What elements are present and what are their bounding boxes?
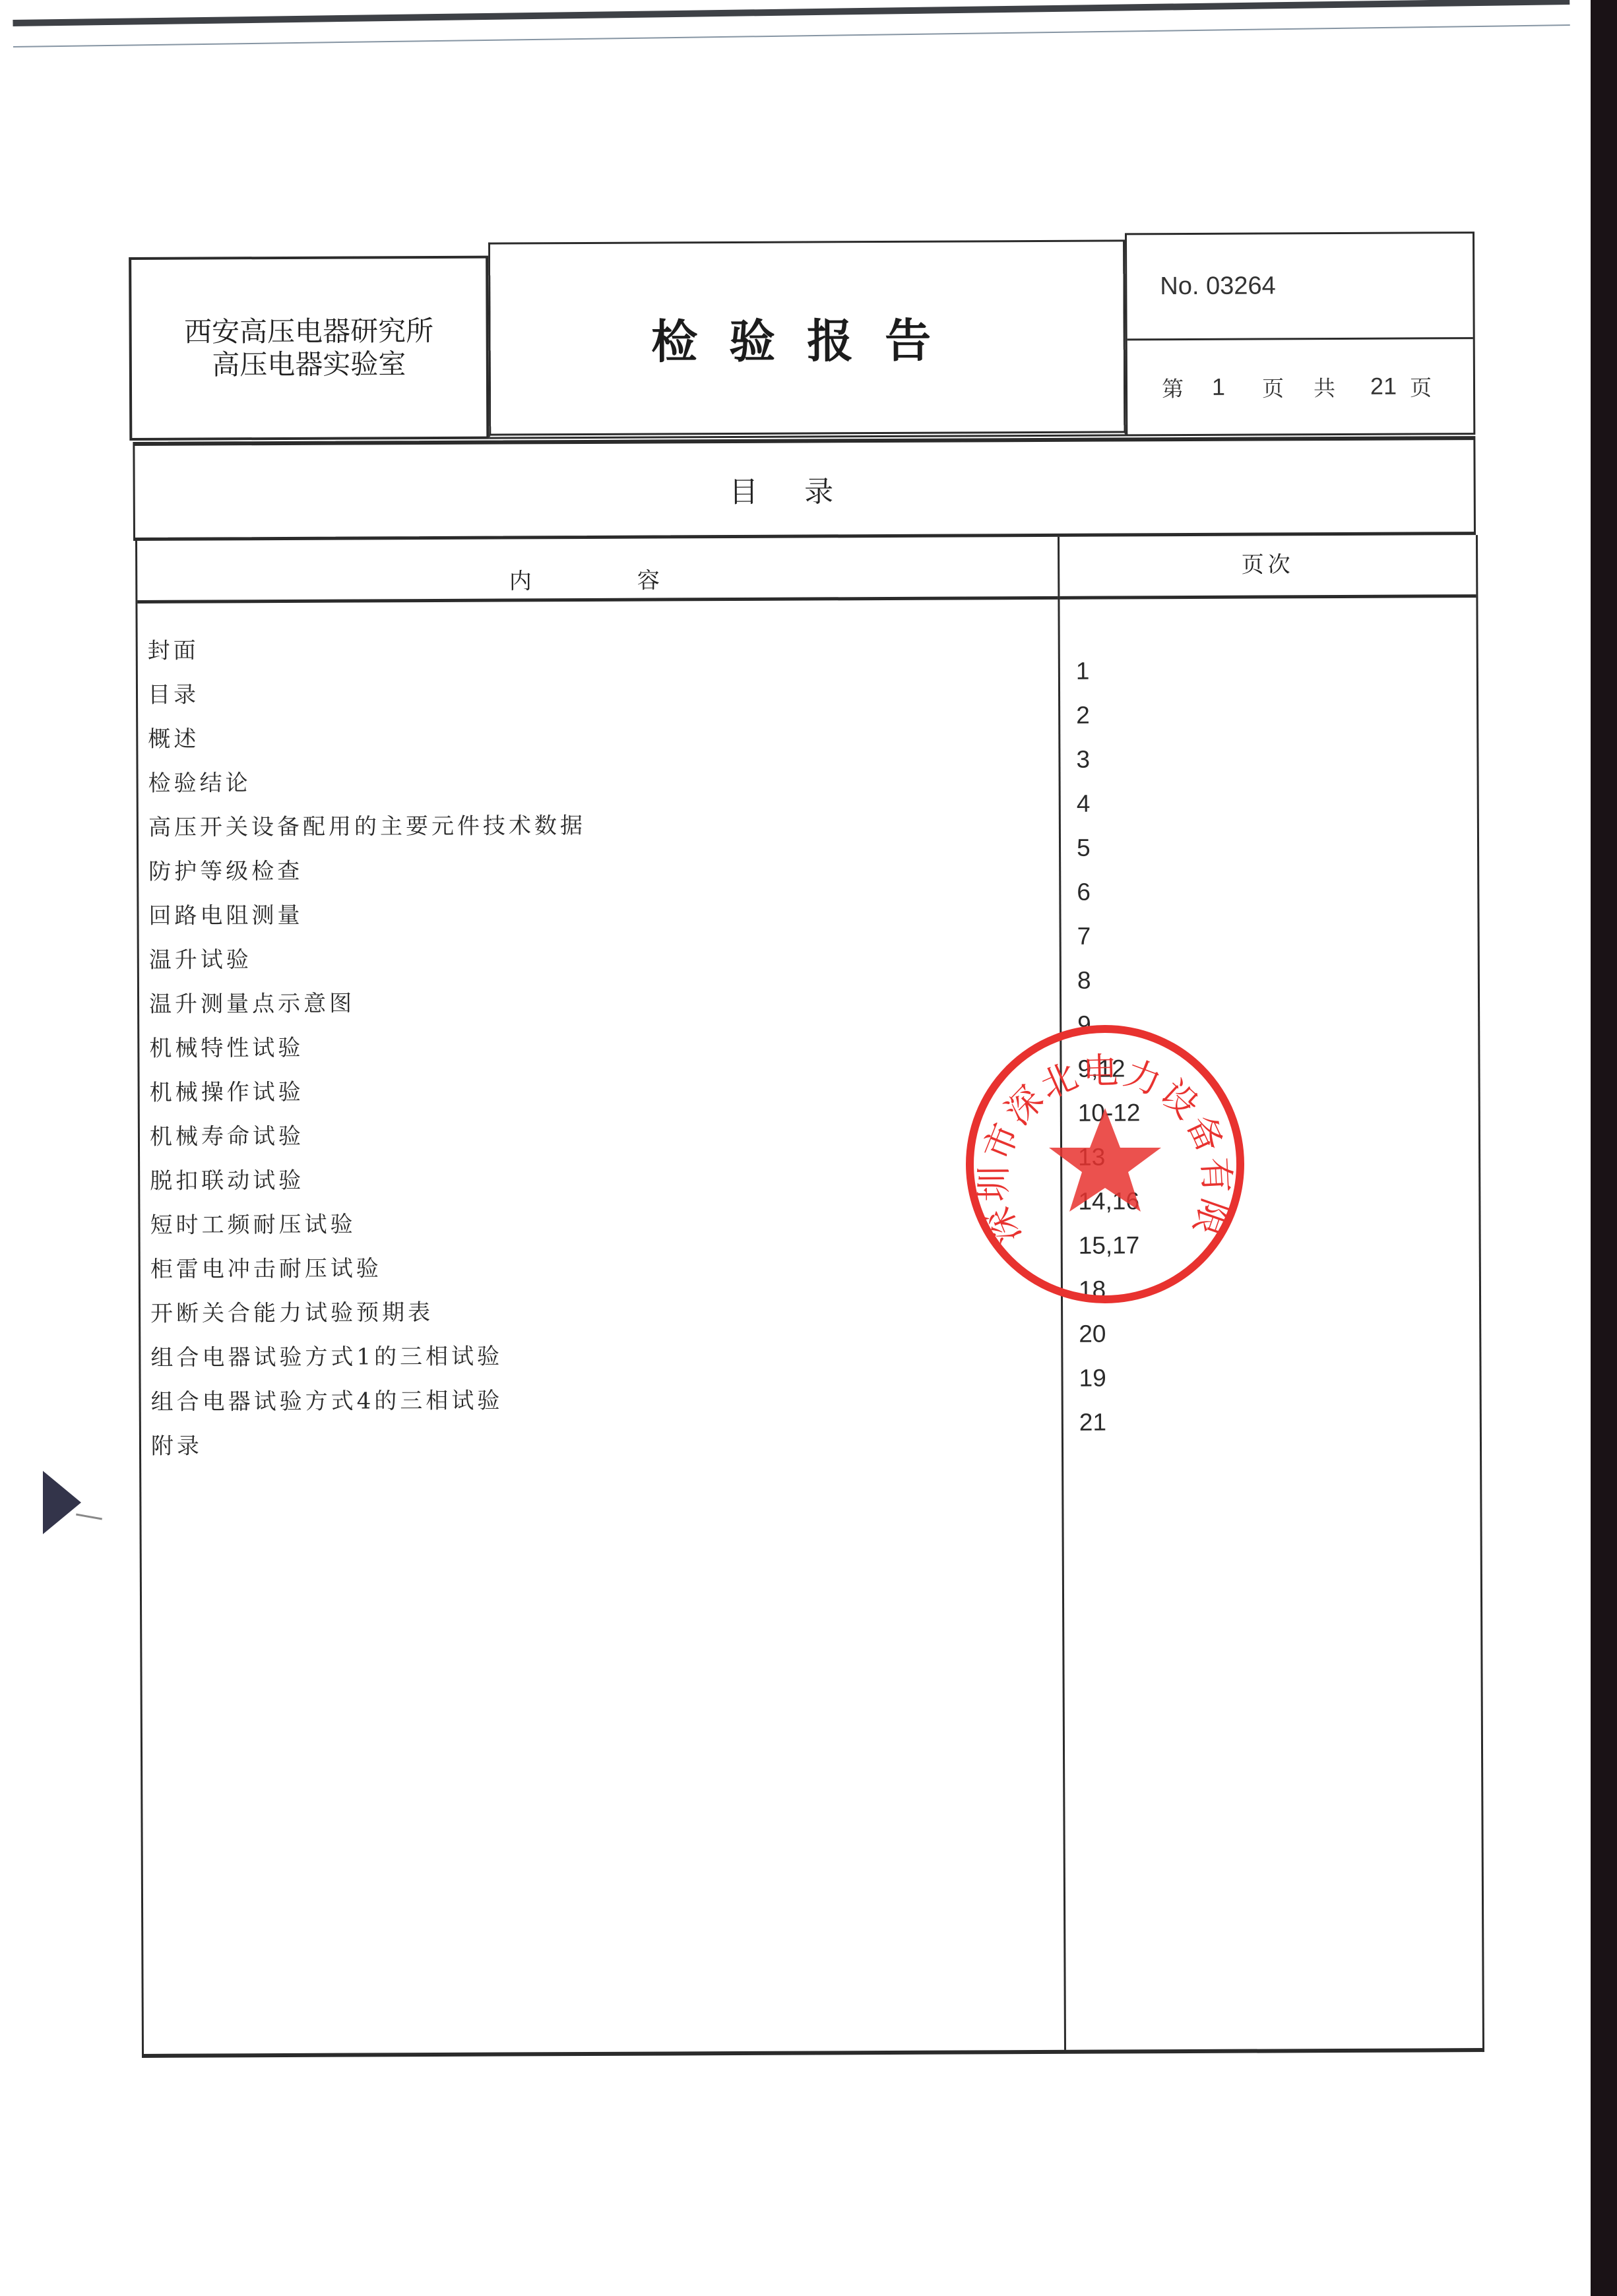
- toc-entry: 回路电阻测量: [148, 888, 1052, 936]
- binding-hole-mark: [43, 1471, 81, 1534]
- toc-page-number: 4: [1077, 780, 1446, 825]
- toc-page-number: 13: [1078, 1133, 1447, 1179]
- toc-entry: 附录: [151, 1418, 1055, 1466]
- toc-entry: 检验结论: [148, 755, 1052, 803]
- toc-page-number: 8: [1077, 956, 1447, 1002]
- toc-page-number: 21: [1079, 1398, 1449, 1444]
- total-pages-number: 21: [1370, 373, 1410, 400]
- report-header: 西安高压电器研究所 高压电器实验室 检验报告 No. 03264 第 1 页 共…: [129, 232, 1475, 442]
- toc-entry: 短时工频耐压试验: [150, 1197, 1054, 1245]
- organization-box: 西安高压电器研究所 高压电器实验室: [129, 256, 489, 441]
- toc-table: 内容 页次 封面目录概述检验结论高压开关设备配用的主要元件技术数据防护等级检查回…: [135, 535, 1484, 2058]
- toc-entry: 机械寿命试验: [150, 1109, 1054, 1157]
- column-divider: [1058, 537, 1066, 2050]
- column-header-content: 内容: [137, 537, 1058, 604]
- report-title: 检验报告: [488, 239, 1126, 439]
- toc-entry: 目录: [148, 667, 1052, 715]
- toc-page-number: 9: [1077, 1001, 1447, 1046]
- toc-entry: 防护等级检查: [148, 844, 1052, 892]
- report-number: No. 03264: [1127, 233, 1473, 340]
- report-page: 西安高压电器研究所 高压电器实验室 检验报告 No. 03264 第 1 页 共…: [129, 232, 1482, 2058]
- toc-page-number: 6: [1077, 868, 1446, 914]
- total-unit-label: 页: [1410, 371, 1432, 402]
- toc-page-number: 18: [1079, 1266, 1448, 1311]
- toc-entry: 温升试验: [149, 932, 1053, 980]
- scan-right-edge: [1591, 0, 1617, 2296]
- toc-page-number: 15,17: [1079, 1222, 1448, 1267]
- toc-entry: 机械操作试验: [149, 1065, 1053, 1113]
- toc-page-number: 5: [1077, 824, 1446, 869]
- toc-page-number: 10-12: [1078, 1089, 1447, 1134]
- toc-entry: 机械特性试验: [149, 1020, 1053, 1069]
- organization-name: 西安高压电器研究所: [184, 315, 433, 349]
- toc-entry: 封面: [148, 623, 1052, 671]
- toc-entry: 脱扣联动试验: [150, 1153, 1054, 1201]
- report-meta-box: No. 03264 第 1 页 共 21 页: [1125, 232, 1475, 436]
- toc-entries: 封面目录概述检验结论高压开关设备配用的主要元件技术数据防护等级检查回路电阻测量温…: [148, 623, 1056, 1466]
- laboratory-name: 高压电器实验室: [212, 348, 406, 381]
- toc-page-number: 9,12: [1077, 1045, 1447, 1090]
- toc-entry: 概述: [148, 711, 1052, 759]
- toc-entry: 柜雷电冲击耐压试验: [150, 1241, 1054, 1289]
- page-label: 第: [1162, 371, 1212, 402]
- column-header-page: 页次: [1060, 535, 1476, 600]
- toc-page-number: 7: [1077, 912, 1446, 958]
- toc-entry: 温升测量点示意图: [149, 976, 1053, 1024]
- scan-top-edge: [13, 0, 1569, 47]
- toc-page-number: 14,16: [1078, 1177, 1447, 1223]
- toc-entry: 组合电器试验方式4的三相试验: [151, 1374, 1055, 1422]
- toc-page-numbers: 1234567899,1210-121314,1615,1718201921: [1076, 647, 1449, 1444]
- toc-page-number: 3: [1076, 735, 1445, 781]
- toc-page-number: 19: [1079, 1354, 1448, 1400]
- current-page-number: 1: [1212, 373, 1262, 401]
- toc-page-number: 2: [1076, 691, 1445, 737]
- total-label: 共: [1314, 371, 1370, 402]
- toc-heading: 目录: [133, 436, 1476, 541]
- toc-page-number: 20: [1079, 1310, 1448, 1355]
- toc-page-number: 1: [1076, 647, 1445, 693]
- page-unit-label: 页: [1262, 371, 1314, 402]
- toc-entry: 组合电器试验方式1的三相试验: [150, 1330, 1054, 1378]
- page-indicator: 第 1 页 共 21 页: [1127, 339, 1474, 434]
- toc-entry: 开断关合能力试验预期表: [150, 1286, 1054, 1334]
- toc-entry: 高压开关设备配用的主要元件技术数据: [148, 799, 1052, 848]
